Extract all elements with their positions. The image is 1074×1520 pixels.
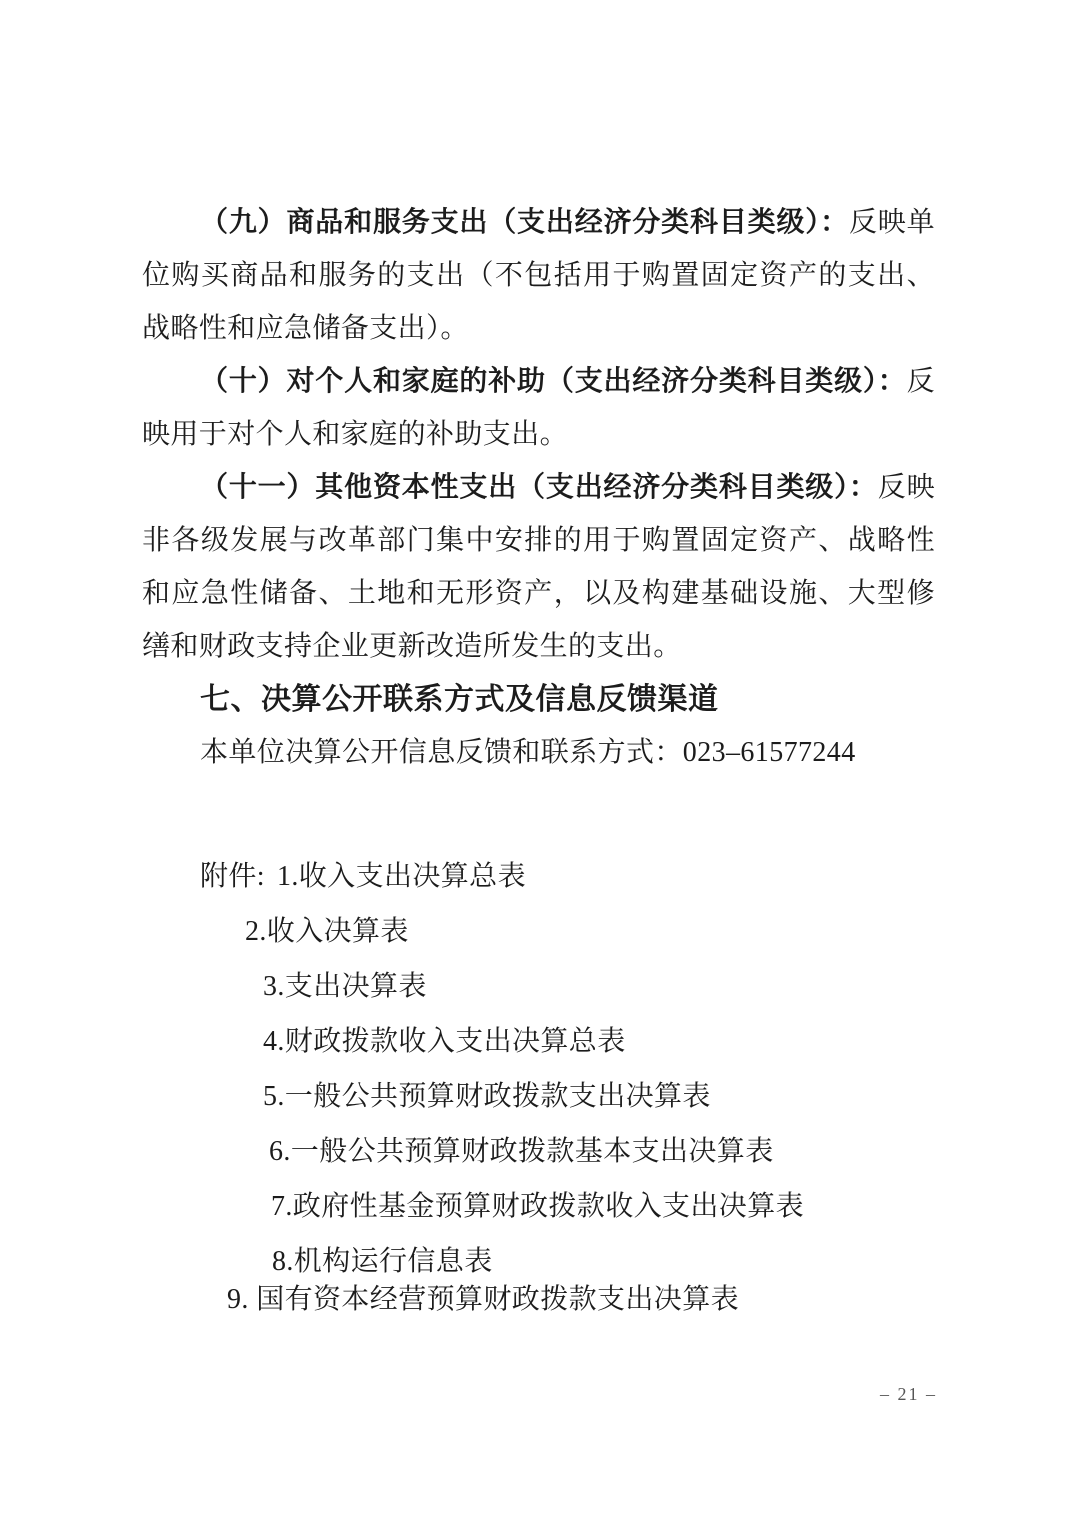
- attachment-item-text: 4.财政拨款收入支出决算总表: [263, 1026, 626, 1057]
- paragraph-ten: （十）对个人和家庭的补助（支出经济分类科目类级）：反映用于对个人和家庭的补助支出…: [142, 355, 935, 461]
- document-page: （九）商品和服务支出（支出经济分类科目类级）：反映单位购买商品和服务的支出（不包…: [0, 0, 1074, 1520]
- paragraph-ten-lead: （十）对个人和家庭的补助（支出经济分类科目类级）：: [200, 366, 907, 397]
- attachment-item-text: 9. 国有资本经营预算财政拨款支出决算表: [227, 1284, 739, 1315]
- section-heading-seven: 七、决算公开联系方式及信息反馈渠道: [142, 673, 935, 726]
- attachments-list: 附件:1.收入支出决算总表 2.收入决算表 3.支出决算表 4.财政拨款收入支出…: [142, 849, 972, 1327]
- paragraph-eleven-lead: （十一）其他资本性支出（支出经济分类科目类级）：: [200, 472, 878, 503]
- attachment-item-text: 6.一般公共预算财政拨款基本支出决算表: [269, 1136, 774, 1167]
- attachment-item: 9. 国有资本经营预算财政拨款支出决算表: [142, 1272, 972, 1327]
- attachment-item: 5.一般公共预算财政拨款支出决算表: [142, 1069, 972, 1124]
- document-body: （九）商品和服务支出（支出经济分类科目类级）：反映单位购买商品和服务的支出（不包…: [142, 196, 935, 779]
- page-number: – 21 –: [880, 1384, 937, 1405]
- paragraph-eleven: （十一）其他资本性支出（支出经济分类科目类级）：反映非各级发展与改革部门集中安排…: [142, 461, 935, 673]
- attachment-item-text: 3.支出决算表: [263, 971, 427, 1002]
- attachment-item: 附件:1.收入支出决算总表: [142, 849, 972, 904]
- attachment-item-text: 5.一般公共预算财政拨款支出决算表: [263, 1081, 711, 1112]
- attachments-label: 附件:: [200, 861, 265, 892]
- attachment-item: 6.一般公共预算财政拨款基本支出决算表: [142, 1124, 972, 1179]
- attachment-item-text: 1.收入支出决算总表: [277, 861, 526, 892]
- attachment-item: 3.支出决算表: [142, 959, 972, 1014]
- attachment-item-text: 7.政府性基金预算财政拨款收入支出决算表: [271, 1191, 804, 1222]
- attachment-item-text: 2.收入决算表: [245, 916, 409, 947]
- paragraph-nine-lead: （九）商品和服务支出（支出经济分类科目类级）：: [200, 207, 849, 238]
- attachment-item: 4.财政拨款收入支出决算总表: [142, 1014, 972, 1069]
- paragraph-nine: （九）商品和服务支出（支出经济分类科目类级）：反映单位购买商品和服务的支出（不包…: [142, 196, 935, 355]
- attachment-item: 2.收入决算表: [142, 904, 972, 959]
- attachment-item: 7.政府性基金预算财政拨款收入支出决算表: [142, 1179, 972, 1234]
- contact-info-line: 本单位决算公开信息反馈和联系方式：023–61577244: [142, 726, 935, 779]
